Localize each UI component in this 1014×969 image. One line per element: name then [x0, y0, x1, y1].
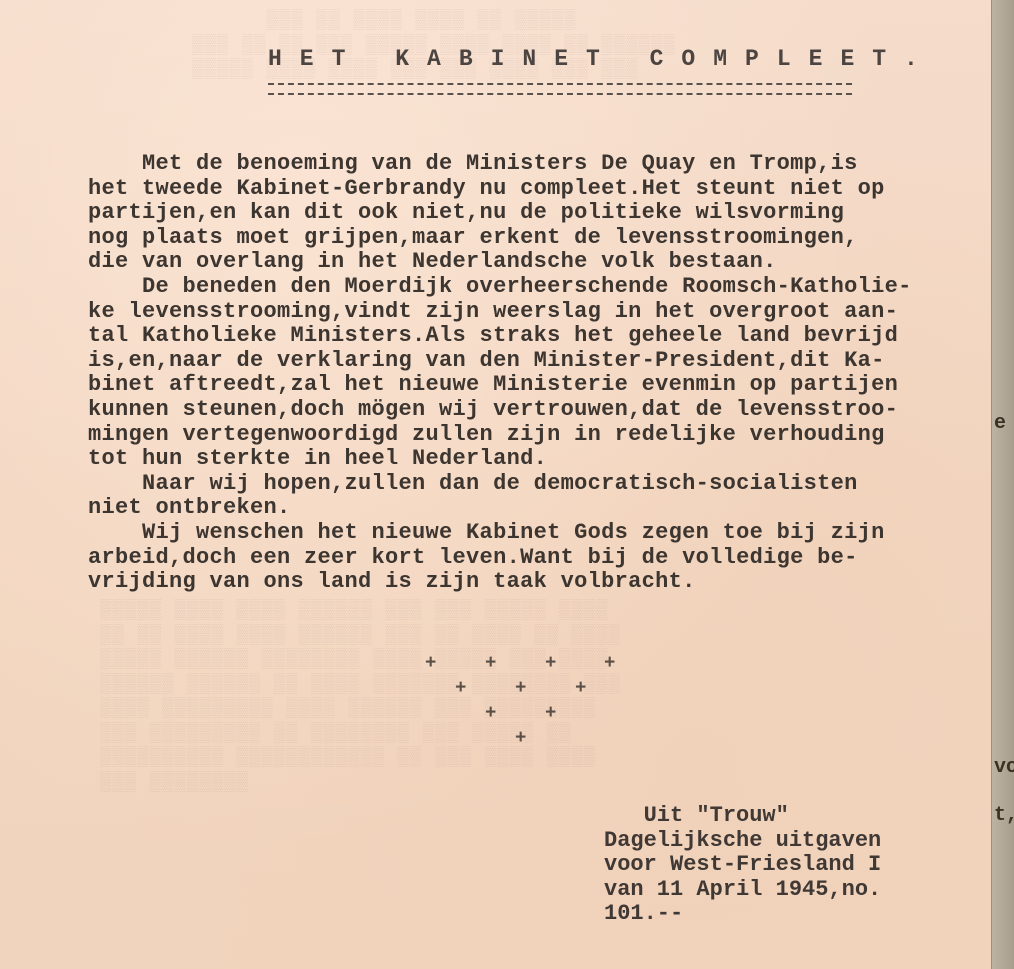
- text-line: nog plaats moet grijpen,maar erkent de l…: [88, 226, 998, 251]
- text-line: kunnen steunen,doch mögen wij vertrouwen…: [88, 398, 998, 423]
- text-line: mingen vertegenwoordigd zullen zijn in r…: [88, 423, 998, 448]
- source-citation: Uit "Trouw" Dagelijksche uitgaven voor W…: [604, 804, 881, 927]
- paragraph-2: De beneden den Moerdijk overheerschende …: [88, 275, 998, 472]
- source-line: 101.--: [604, 902, 881, 927]
- text-line: binet aftreedt,zal het nieuwe Ministerie…: [88, 373, 998, 398]
- plus-icon: +: [485, 652, 496, 674]
- source-line: van 11 April 1945,no.: [604, 878, 881, 903]
- paragraph-4: Wij wenschen het nieuwe Kabinet Gods zeg…: [88, 521, 998, 595]
- underlying-page-fragment: t,: [994, 804, 1014, 827]
- plus-icon: +: [604, 652, 615, 674]
- text-line: Naar wij hopen,zullen dan de democratisc…: [88, 472, 998, 497]
- text-line: arbeid,doch een zeer kort leven.Want bij…: [88, 546, 998, 571]
- text-line: tal Katholieke Ministers.Als straks het …: [88, 324, 998, 349]
- plus-icon: +: [455, 677, 466, 699]
- text-line: vrijding van ons land is zijn taak volbr…: [88, 570, 998, 595]
- paragraph-1: Met de benoeming van de Ministers De Qua…: [88, 152, 998, 275]
- underlying-page-fragment: e: [994, 412, 1006, 435]
- article-body: Met de benoeming van de Ministers De Qua…: [88, 152, 998, 595]
- source-line: Uit "Trouw": [604, 804, 881, 829]
- plus-icon: +: [515, 727, 526, 749]
- plus-icon: +: [515, 677, 526, 699]
- title-double-underline: [268, 83, 852, 95]
- text-line: De beneden den Moerdijk overheerschende …: [88, 275, 998, 300]
- bleed-through-text: ▒▒▒▒▒ ▒▒▒▒ ▒▒▒▒ ▒▒▒▒▒▒ ▒▒▒ ▒▒▒ ▒▒▒▒▒ ▒▒▒…: [100, 598, 621, 794]
- text-line: partijen,en kan dit ook niet,nu de polit…: [88, 201, 998, 226]
- text-line: ke levensstrooming,vindt zijn weerslag i…: [88, 300, 998, 325]
- text-line: het tweede Kabinet-Gerbrandy nu compleet…: [88, 177, 998, 202]
- plus-icon: +: [485, 702, 496, 724]
- plus-icon: +: [545, 652, 556, 674]
- text-line: die van overlang in het Nederlandsche vo…: [88, 250, 998, 275]
- document-title: HET KABINET COMPLEET.: [268, 46, 936, 72]
- plus-icon: +: [425, 652, 436, 674]
- paragraph-3: Naar wij hopen,zullen dan de democratisc…: [88, 472, 998, 521]
- text-line: is,en,naar de verklaring van den Ministe…: [88, 349, 998, 374]
- text-line: niet ontbreken.: [88, 496, 998, 521]
- source-line: voor West-Friesland I: [604, 853, 881, 878]
- text-line: Met de benoeming van de Ministers De Qua…: [88, 152, 998, 177]
- text-line: Wij wenschen het nieuwe Kabinet Gods zeg…: [88, 521, 998, 546]
- source-line: Dagelijksche uitgaven: [604, 829, 881, 854]
- text-line: tot hun sterkte in heel Nederland.: [88, 447, 998, 472]
- plus-icon: +: [545, 702, 556, 724]
- plus-icon: +: [575, 677, 586, 699]
- underlying-page-edge: e vo t,: [991, 0, 1014, 969]
- paper-sheet: ▒▒▒ ▒▒ ▒▒▒▒ ▒▒▒▒ ▒▒ ▒▒▒▒▒ ▒▒▒ ▒▒ ▒▒ ▒▒▒ …: [0, 0, 995, 969]
- underlying-page-fragment: vo: [994, 756, 1014, 779]
